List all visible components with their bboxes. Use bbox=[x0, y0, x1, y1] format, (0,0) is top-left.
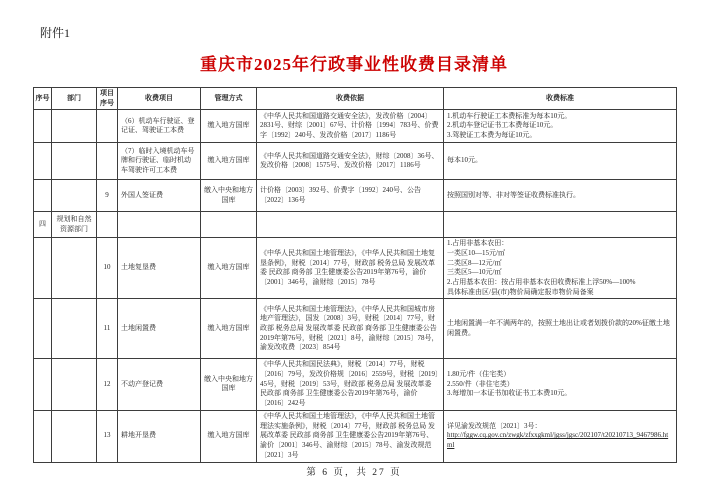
document-page: 附件1 重庆市2025年行政事业性收费目录清单 序号 部门 项目序号 收费项目 … bbox=[0, 0, 708, 500]
cell-mgmt: 缴入中央和地方国库 bbox=[201, 359, 257, 410]
cell-item: 土地闲置费 bbox=[118, 299, 201, 359]
cell-standard: 土地闲置满一年不满两年的，按照土地出让或者划拨价款的20%征缴土地闲置费。 bbox=[444, 299, 677, 359]
table-row: 12 不动产登记费 缴入中央和地方国库 《中华人民共和国民法典》，财税〔2014… bbox=[34, 359, 677, 410]
cell-item: 土地复垦费 bbox=[118, 238, 201, 299]
cell-item: 外国人签证费 bbox=[118, 180, 201, 212]
col-header-basis: 收费依据 bbox=[257, 88, 444, 110]
cell-dept bbox=[52, 180, 97, 212]
cell-basis: 《中华人民共和国民法典》，财税〔2014〕77号，财税〔2016〕79号，发改价… bbox=[257, 359, 444, 410]
cell-dept bbox=[52, 359, 97, 410]
table-row: 10 土地复垦费 缴入地方国库 《中华人民共和国土地管理法》，《中华人民共和国土… bbox=[34, 238, 677, 299]
cell-basis: 《中华人民共和国土地管理法》，《中华人民共和国城市房地产管理法》，国发〔2008… bbox=[257, 299, 444, 359]
cell-mgmt: 缴入地方国库 bbox=[201, 299, 257, 359]
cell-item: 耕地开垦费 bbox=[118, 410, 201, 462]
cell-seq bbox=[34, 180, 52, 212]
cell-dept bbox=[52, 143, 97, 180]
header-row: 序号 部门 项目序号 收费项目 管理方式 收费依据 收费标准 bbox=[34, 88, 677, 110]
cell-basis: 《中华人民共和国土地管理法》，《中华人民共和国土地复垦条例》，财税〔2014〕7… bbox=[257, 238, 444, 299]
cell-standard: 1.机动车行驶证工本费标准为每本10元。 2.机动车登记证书工本费每证10元。 … bbox=[444, 110, 677, 143]
cell-item-no: 11 bbox=[97, 299, 118, 359]
cell-dept bbox=[52, 238, 97, 299]
cell-item-no bbox=[97, 212, 118, 238]
table-row-section: 四 规划和自然资源部门 bbox=[34, 212, 677, 238]
table-row: （6）机动车行驶证、登记证、驾驶证工本费 缴入地方国库 《中华人民共和国道路交通… bbox=[34, 110, 677, 143]
cell-item: （7）临时入境机动车号牌和行驶证、临时机动车驾驶许可工本费 bbox=[118, 143, 201, 180]
table-row: 9 外国人签证费 缴入中央和地方国库 计价格〔2003〕392号、价费字〔199… bbox=[34, 180, 677, 212]
cell-dept bbox=[52, 299, 97, 359]
cell-item: （6）机动车行驶证、登记证、驾驶证工本费 bbox=[118, 110, 201, 143]
cell-seq bbox=[34, 359, 52, 410]
cell-standard: 1.占用非基本农田： 一类区10—15元/㎡ 二类区8—12元/㎡ 三类区5—1… bbox=[444, 238, 677, 299]
cell-seq: 四 bbox=[34, 212, 52, 238]
col-header-mgmt: 管理方式 bbox=[201, 88, 257, 110]
col-header-standard: 收费标准 bbox=[444, 88, 677, 110]
standard-note: 详见渝发改规范〔2021〕3号： bbox=[447, 422, 542, 430]
cell-standard: 按照国别对等、非对等签证收费标准执行。 bbox=[444, 180, 677, 212]
table-row: （7）临时入境机动车号牌和行驶证、临时机动车驾驶许可工本费 缴入地方国库 《中华… bbox=[34, 143, 677, 180]
page-title: 重庆市2025年行政事业性收费目录清单 bbox=[0, 50, 708, 75]
cell-basis bbox=[257, 212, 444, 238]
cell-mgmt bbox=[201, 212, 257, 238]
cell-mgmt: 缴入地方国库 bbox=[201, 410, 257, 462]
cell-basis: 《中华人民共和国道路交通安全法》，发改价格〔2004〕2831号、财综〔2001… bbox=[257, 110, 444, 143]
cell-seq bbox=[34, 410, 52, 462]
cell-standard bbox=[444, 212, 677, 238]
cell-dept bbox=[52, 110, 97, 143]
page-number: 第 6 页，共 27 页 bbox=[0, 464, 708, 478]
col-header-item: 收费项目 bbox=[118, 88, 201, 110]
cell-item-no: 12 bbox=[97, 359, 118, 410]
cell-mgmt: 缴入地方国库 bbox=[201, 143, 257, 180]
col-header-item-no: 项目序号 bbox=[97, 88, 118, 110]
cell-item-no bbox=[97, 110, 118, 143]
cell-seq bbox=[34, 110, 52, 143]
cell-mgmt: 缴入中央和地方国库 bbox=[201, 180, 257, 212]
cell-dept bbox=[52, 410, 97, 462]
fee-table-container: 序号 部门 项目序号 收费项目 管理方式 收费依据 收费标准 （6）机动车行驶证… bbox=[33, 87, 676, 463]
fee-table: 序号 部门 项目序号 收费项目 管理方式 收费依据 收费标准 （6）机动车行驶证… bbox=[33, 87, 677, 463]
cell-standard: 每本10元。 bbox=[444, 143, 677, 180]
cell-item-no bbox=[97, 143, 118, 180]
table-row: 11 土地闲置费 缴入地方国库 《中华人民共和国土地管理法》，《中华人民共和国城… bbox=[34, 299, 677, 359]
cell-seq bbox=[34, 143, 52, 180]
cell-basis: 《中华人民共和国土地管理法》，《中华人民共和国土地管理法实施条例》，财税〔201… bbox=[257, 410, 444, 462]
col-header-seq: 序号 bbox=[34, 88, 52, 110]
cell-item-no: 13 bbox=[97, 410, 118, 462]
cell-seq bbox=[34, 299, 52, 359]
cell-dept: 规划和自然资源部门 bbox=[52, 212, 97, 238]
table-row: 13 耕地开垦费 缴入地方国库 《中华人民共和国土地管理法》，《中华人民共和国土… bbox=[34, 410, 677, 462]
attachment-label: 附件1 bbox=[40, 24, 70, 41]
cell-item bbox=[118, 212, 201, 238]
cell-basis: 计价格〔2003〕392号、价费字〔1992〕240号、公告〔2022〕136号 bbox=[257, 180, 444, 212]
cell-mgmt: 缴入地方国库 bbox=[201, 238, 257, 299]
cell-basis: 《中华人民共和国道路交通安全法》，财综〔2008〕36号、发改价格〔2008〕1… bbox=[257, 143, 444, 180]
cell-standard: 详见渝发改规范〔2021〕3号： http://fggw.cq.gov.cn/z… bbox=[444, 410, 677, 462]
cell-standard: 1.80元/件（住宅类） 2.550/件（非住宅类） 3.每增加一本证书加收证书… bbox=[444, 359, 677, 410]
fee-standard-link[interactable]: http://fggw.cq.gov.cn/zwgk/zfxxgkml/jgss… bbox=[447, 431, 668, 449]
cell-item-no: 10 bbox=[97, 238, 118, 299]
cell-item: 不动产登记费 bbox=[118, 359, 201, 410]
cell-seq bbox=[34, 238, 52, 299]
cell-item-no: 9 bbox=[97, 180, 118, 212]
col-header-dept: 部门 bbox=[52, 88, 97, 110]
cell-mgmt: 缴入地方国库 bbox=[201, 110, 257, 143]
